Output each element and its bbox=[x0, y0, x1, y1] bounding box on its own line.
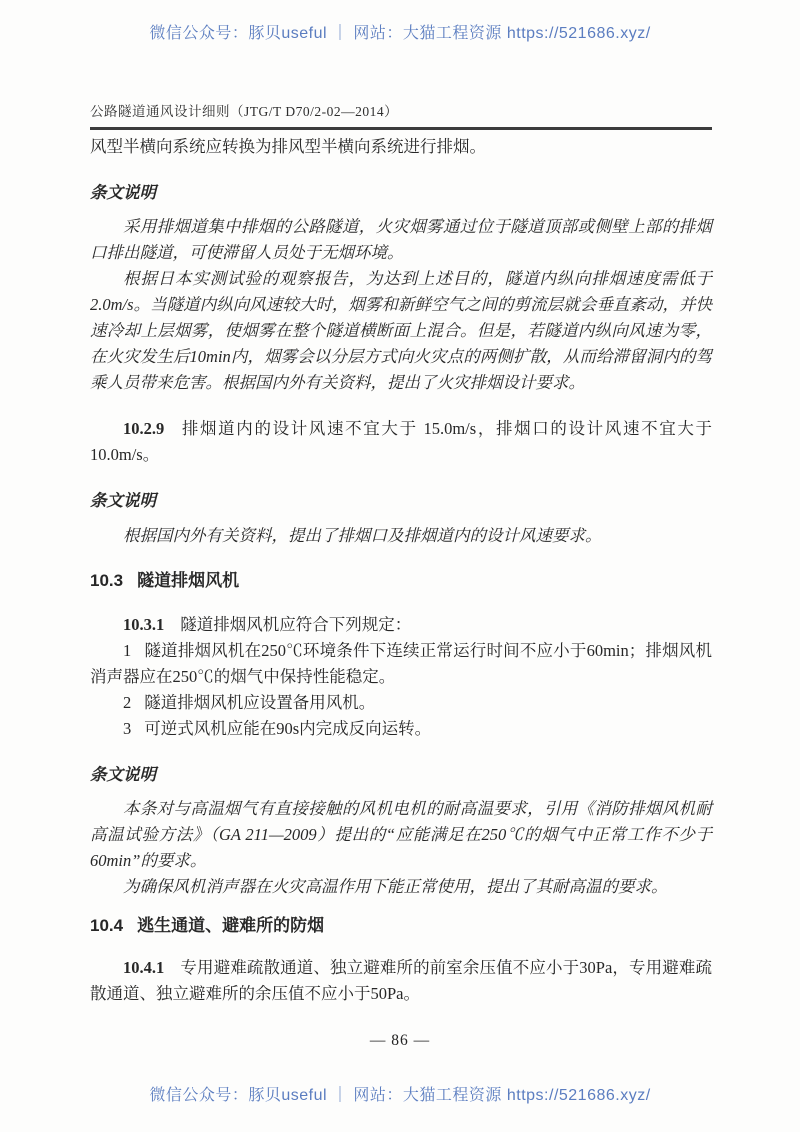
section-heading-10-4: 10.4逃生通道、避难所的防烟 bbox=[90, 913, 712, 939]
section-number: 10.3 bbox=[90, 571, 123, 590]
page-body: 风型半横向系统应转换为排风型半横向系统进行排烟。 条文说明 采用排烟道集中排烟的… bbox=[90, 134, 712, 1007]
item-number: 1 bbox=[123, 641, 131, 660]
section-title: 逃生通道、避难所的防烟 bbox=[137, 916, 324, 935]
notes-heading-3: 条文说明 bbox=[90, 762, 712, 788]
clause-number: 10.3.1 bbox=[123, 615, 164, 634]
running-header: 公路隧道通风设计细则（JTG/T D70/2-02—2014） bbox=[90, 100, 712, 130]
clause-text: 排烟道内的设计风速不宜大于 15.0m/s，排烟口的设计风速不宜大于 10.0m… bbox=[90, 419, 712, 464]
notes-heading-1: 条文说明 bbox=[90, 180, 712, 206]
section-title: 隧道排烟风机 bbox=[137, 571, 239, 590]
notes-paragraph: 采用排烟道集中排烟的公路隧道，火灾烟雾通过位于隧道顶部或侧壁上部的排烟口排出隧道… bbox=[90, 214, 712, 266]
item-text: 隧道排烟风机在250℃环境条件下连续正常运行时间不应小于60min；排烟风机消声… bbox=[90, 641, 712, 686]
notes-paragraph: 为确保风机消声器在火灾高温作用下能正常使用，提出了其耐高温的要求。 bbox=[90, 874, 712, 900]
document-page: 微信公众号：豚贝useful ｜ 网站：大猫工程资源 https://52168… bbox=[0, 0, 800, 1132]
notes-paragraph: 根据国内外有关资料，提出了排烟口及排烟道内的设计风速要求。 bbox=[90, 523, 712, 549]
clause-10-3-1: 10.3.1隧道排烟风机应符合下列规定： bbox=[90, 612, 712, 638]
notes-paragraph: 本条对与高温烟气有直接接触的风机电机的耐高温要求，引用《消防排烟风机耐高温试验方… bbox=[90, 796, 712, 874]
promo-banner-bottom: 微信公众号：豚贝useful ｜ 网站：大猫工程资源 https://52168… bbox=[0, 1082, 800, 1105]
notes-paragraph: 根据日本实测试验的观察报告，为达到上述目的，隧道内纵向排烟速度需低于2.0m/s… bbox=[90, 266, 712, 396]
clause-text: 专用避难疏散通道、独立避难所的前室余压值不应小于30Pa，专用避难疏散通道、独立… bbox=[90, 958, 712, 1003]
item-text: 隧道排烟风机应设置备用风机。 bbox=[144, 693, 375, 712]
clause-number: 10.4.1 bbox=[123, 958, 164, 977]
item-number: 2 bbox=[123, 693, 131, 712]
clause-text: 隧道排烟风机应符合下列规定： bbox=[180, 615, 411, 634]
clause-10-2-9: 10.2.9排烟道内的设计风速不宜大于 15.0m/s，排烟口的设计风速不宜大于… bbox=[90, 416, 712, 468]
item-number: 3 bbox=[123, 719, 131, 738]
clause-10-4-1: 10.4.1专用避难疏散通道、独立避难所的前室余压值不应小于30Pa，专用避难疏… bbox=[90, 955, 712, 1007]
carryover-paragraph: 风型半横向系统应转换为排风型半横向系统进行排烟。 bbox=[90, 134, 712, 160]
item-text: 可逆式风机应能在90s内完成反向运转。 bbox=[144, 719, 431, 738]
list-item-1: 1隧道排烟风机在250℃环境条件下连续正常运行时间不应小于60min；排烟风机消… bbox=[90, 638, 712, 690]
section-heading-10-3: 10.3隧道排烟风机 bbox=[90, 568, 712, 594]
section-number: 10.4 bbox=[90, 916, 123, 935]
page-number: — 86 — bbox=[0, 1032, 800, 1050]
list-item-2: 2隧道排烟风机应设置备用风机。 bbox=[90, 690, 712, 716]
clause-number: 10.2.9 bbox=[123, 419, 164, 438]
notes-heading-2: 条文说明 bbox=[90, 488, 712, 514]
promo-banner-top: 微信公众号：豚贝useful ｜ 网站：大猫工程资源 https://52168… bbox=[0, 20, 800, 43]
list-item-3: 3可逆式风机应能在90s内完成反向运转。 bbox=[90, 716, 712, 742]
